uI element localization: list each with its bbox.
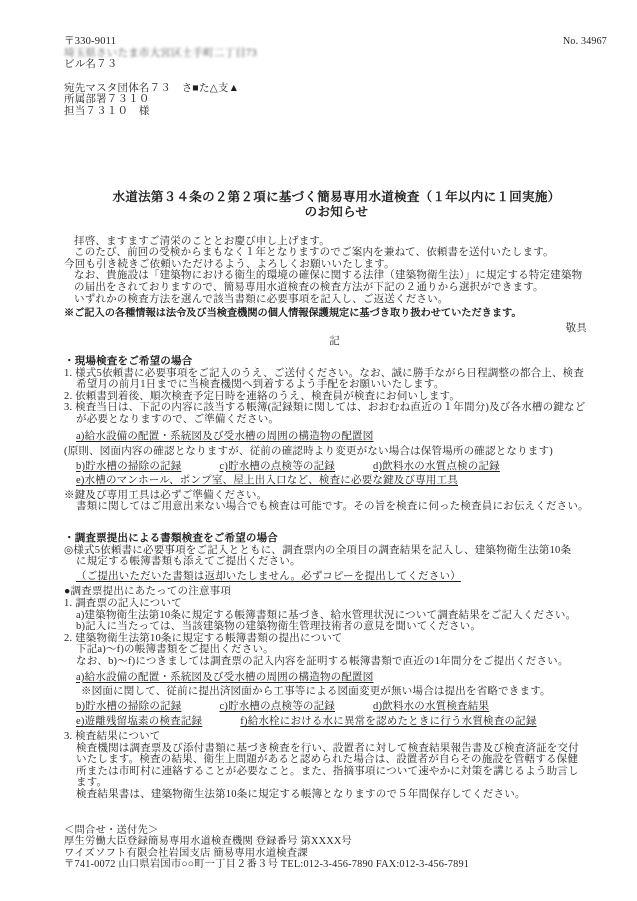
sender-address-block: 〒330-9011 埼玉県さいたま市大宮区土手町二丁目73 ビル名７３ bbox=[64, 36, 257, 71]
paper-note-3-l2: いたします。検査の結果、衛生上問題があると認められた場合は、設置者が自らその施設… bbox=[64, 754, 609, 766]
onsite-tools-note: ※鍵及び専用工具は必ずご準備ください。 bbox=[64, 490, 609, 502]
sender-address-redacted: 埼玉県さいたま市大宮区土手町二丁目73 bbox=[64, 48, 257, 60]
sender-building-name: ビル名７３ bbox=[64, 59, 257, 71]
notice-title: 水道法第３４条の２第２項に基づく簡易専用水道検査（１年以内に１回実施） のお知ら… bbox=[64, 190, 609, 220]
privacy-note: ※ご記入の各種情報は法令及び当検査機関の個人情報保護規定に基づき取り扱わせていた… bbox=[64, 308, 609, 320]
onsite-doc-c: c)貯水槽の点検等の記録 bbox=[219, 461, 335, 473]
paper-doc-e: e)遊離残留塩素の検査記録 bbox=[76, 716, 202, 728]
onsite-doc-a: a)給水設備の配置・系統図及び受水槽の周囲の構造物の配置図 bbox=[64, 431, 609, 443]
record-marker: 記 bbox=[64, 336, 609, 348]
greeting-line: の届出をされておりますので、簡易専用水道検査の検査方法が下記の２通りから選択がで… bbox=[64, 282, 609, 294]
paper-notes-heading: ●調査票提出にあたっての注意事項 bbox=[64, 586, 609, 598]
document-number: No. 34967 bbox=[563, 36, 609, 48]
paper-doc-a-note: ※図面に関して、従前に提出済図面から工事等による図面変更が無い場合は提出を省略で… bbox=[64, 686, 609, 698]
onsite-item-1-cont: 希望月の前月1日までに当検査機関へ到着するよう手配をお願いいたします。 bbox=[64, 379, 609, 391]
contact-address-tel-fax: 〒741-0072 山口県岩国市○○町一丁目２番３号 TEL:012-3-456… bbox=[64, 859, 609, 871]
paper-intro: ◎様式5依頼書に必要事項をご記入とともに、調査票内の全項目の調査結果を記入し、建… bbox=[64, 545, 609, 557]
paper-doc-row-bcd: b)貯水槽の掃除の記録 c)貯水槽の点検等の記録 d)飲料水の水質検査結果 bbox=[64, 701, 609, 713]
recipient-org: 宛先マスタ団体名７３ さ■た△支▲ bbox=[64, 83, 609, 95]
onsite-doc-a-note: (原則、図面内容の確認となりますが、従前の確認時より変更がない場合は保管場所の確… bbox=[64, 446, 609, 458]
paper-doc-row-ef: e)遊離残留塩素の検査記録 f)給水栓における水に異常を認めたときに行う水質検査… bbox=[64, 716, 609, 728]
paper-note-2: 2. 建築物衛生法第10条に規定する帳簿書類の提出について bbox=[64, 633, 609, 645]
notice-title-line1: 水道法第３４条の２第２項に基づく簡易専用水道検査（１年以内に１回実施） bbox=[64, 190, 609, 205]
paper-doc-f: f)給水栓における水に異常を認めたときに行う水質検査の記録 bbox=[240, 716, 536, 728]
onsite-doc-row-bcd: b)貯水槽の掃除の記録 c)貯水槽の点検等の記録 d)飲料水の水質点検の記録 bbox=[64, 461, 609, 473]
recipient-dept: 所属部署７３１０ bbox=[64, 94, 609, 106]
notice-title-line2: のお知らせ bbox=[64, 205, 609, 220]
header: 〒330-9011 埼玉県さいたま市大宮区土手町二丁目73 ビル名７３ No. … bbox=[64, 36, 609, 71]
onsite-section-heading: ・現場検査をご希望の場合 bbox=[64, 356, 609, 368]
paper-doc-d: d)飲料水の水質検査結果 bbox=[373, 701, 489, 713]
greeting-line: このたび、前回の受検からまもなく１年となりますのでご案内を兼ねて、依頼書を送付い… bbox=[64, 247, 609, 259]
onsite-inspection-section: ・現場検査をご希望の場合 1. 様式5依頼書に必要事項をご記入のうえ、ご送付くだ… bbox=[64, 356, 609, 513]
greeting-line: 拝啓、ますますご清栄のこととお慶び申し上げます。 bbox=[64, 236, 609, 248]
notice-document-page: 〒330-9011 埼玉県さいたま市大宮区土手町二丁目73 ビル名７３ No. … bbox=[0, 0, 637, 871]
paper-note-2-l2: なお、b)～f)につきましては調査票の記入内容を証明する帳簿書類で直近の1年間分… bbox=[64, 656, 609, 668]
contact-block: ＜問合せ・送付先＞ 厚生労働大臣登録簡易専用水道検査機関 登録番号 第XXXX号… bbox=[64, 825, 609, 871]
paper-intro-cont: に規定する帳簿書類も添えてご提出ください。 bbox=[64, 556, 609, 568]
onsite-doc-b: b)貯水槽の掃除の記録 bbox=[76, 461, 181, 473]
paper-note-3-l1: 検査機関は調査票及び添付書類に基づき検査を行い、設置者に対して検査結果報告書及び… bbox=[64, 743, 609, 755]
greeting-line: いずれかの検査方法を選んで該当書類に必要事項を記入し、ご返送ください。 bbox=[64, 294, 609, 306]
greeting-paragraph: 拝啓、ますますご清栄のこととお慶び申し上げます。 このたび、前回の受検からまもな… bbox=[64, 236, 609, 306]
paper-note-3-l5: 検査結果書は、建築物衛生法第10条に規定する帳簿となりますので５年間保存してくだ… bbox=[64, 789, 609, 801]
onsite-item-2: 2. 依頼書到着後、順次検査予定日時を連絡のうえ、検査員が検査にお伺いします。 bbox=[64, 391, 609, 403]
onsite-tools-note-cont: 書類に関してはご用意出来ない場合でも検査は可能です。その旨を検査に伺った検査員に… bbox=[64, 501, 609, 513]
greeting-line: なお、貴施設は「建築物における衛生的環境の確保に関する法律（建築物衛生法）」に規… bbox=[64, 270, 609, 282]
sender-postal-code: 〒330-9011 bbox=[64, 36, 257, 48]
onsite-item-3-cont: が必要となりますので、ご準備ください。 bbox=[64, 414, 609, 426]
recipient-block: 宛先マスタ団体名７３ さ■た△支▲ 所属部署７３１０ 担当７３１０ 様 bbox=[64, 83, 609, 118]
contact-company: ワイズソフト有限会社岩国支店 簡易専用水道検査課 bbox=[64, 848, 609, 860]
onsite-item-1: 1. 様式5依頼書に必要事項をご記入のうえ、ご送付ください。なお、誠に勝手ながら… bbox=[64, 368, 609, 380]
paper-note-3: 3. 検査結果について bbox=[64, 731, 609, 743]
paper-doc-b: b)貯水槽の掃除の記録 bbox=[76, 701, 181, 713]
paper-copy-note: （ご提出いただいた書類は返却いたしません。必ずコピーを提出してください） bbox=[64, 571, 609, 583]
paper-note-1a: a)建築物衛生法第10条に規定する帳簿書類に基づき、給水管理状況について調査結果… bbox=[64, 610, 609, 622]
paper-note-3-l4: ます。 bbox=[64, 777, 609, 789]
recipient-person: 担当７３１０ 様 bbox=[64, 106, 609, 118]
paper-note-2-l1: 下記a)～f)の帳簿書類をご提出ください。 bbox=[64, 644, 609, 656]
closing-keigu: 敬具 bbox=[64, 323, 609, 335]
paper-doc-c: c)貯水槽の点検等の記録 bbox=[219, 701, 335, 713]
paper-section-heading: ・調査票提出による書類検査をご希望の場合 bbox=[64, 533, 609, 545]
paper-note-3-l3: 所または市町村に連絡することが必要なこと。また、指摘事項について速やかに対策を講… bbox=[64, 766, 609, 778]
contact-agency: 厚生労働大臣登録簡易専用水道検査機関 登録番号 第XXXX号 bbox=[64, 836, 609, 848]
onsite-doc-e: e)水槽のマンホール、ポンプ室、屋上出入口など、検査に必要な鍵及び専用工具 bbox=[64, 475, 609, 487]
onsite-doc-d: d)飲料水の水質点検の記録 bbox=[373, 461, 500, 473]
greeting-line: 今回も引き続きご依頼いただけるよう、よろしくお願いいたします。 bbox=[64, 259, 609, 271]
paper-note-1b: b)記入に当たっては、当該建築物の建築物衛生管理技術者の意見を聞いてください。 bbox=[64, 621, 609, 633]
contact-heading: ＜問合せ・送付先＞ bbox=[64, 825, 609, 837]
paper-inspection-section: ・調査票提出による書類検査をご希望の場合 ◎様式5依頼書に必要事項をご記入ととも… bbox=[64, 533, 609, 800]
paper-note-1: 1. 調査票の記入について bbox=[64, 598, 609, 610]
onsite-item-3: 3. 検査当日は、下記の内容に該当する帳簿(記録類に関しては、おおむね直近の１年… bbox=[64, 402, 609, 414]
paper-doc-a: a)給水設備の配置・系統図及び受水槽の周囲の構造物の配置図 bbox=[64, 672, 609, 684]
